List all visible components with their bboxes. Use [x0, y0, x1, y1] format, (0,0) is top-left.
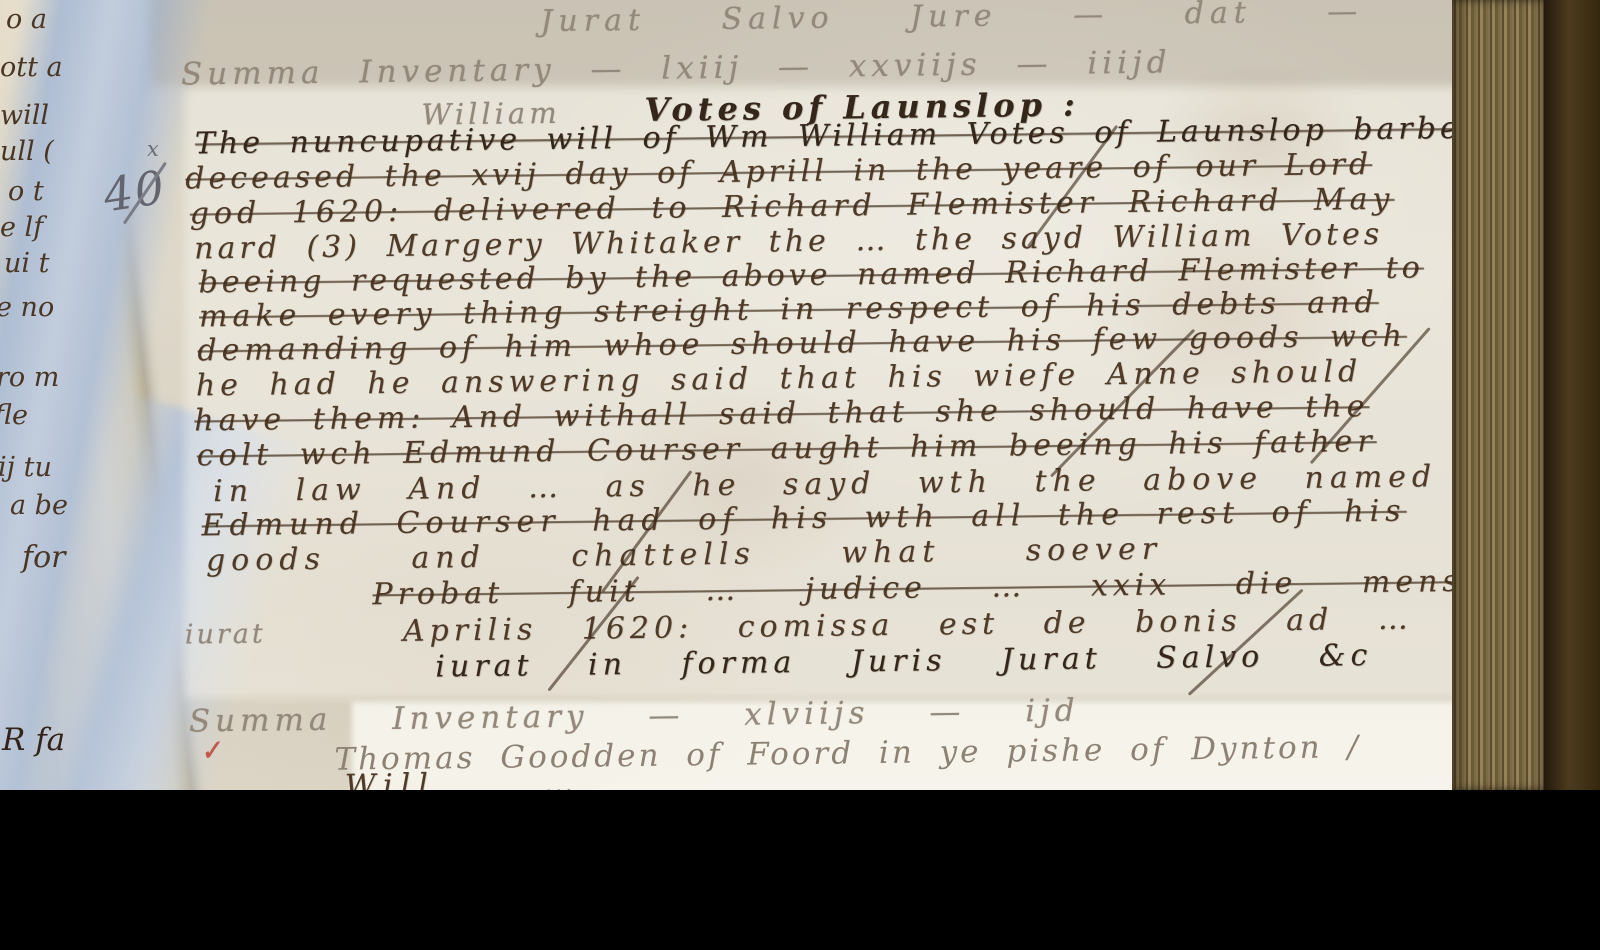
- book-fore-edge: [1452, 0, 1548, 790]
- summa-inventory-bottom: Summa Inventary — xlviijs — ijd: [189, 696, 1080, 738]
- manuscript-photo: o a ott a will ull ( o t e lf ui t e no …: [0, 0, 1600, 950]
- margin-word: iurat: [185, 621, 266, 649]
- letterbox-band: [0, 790, 1600, 950]
- pencil-x-mark: x: [147, 139, 159, 160]
- jurat-line: Jurat Salvo Jure — dat —: [540, 0, 1363, 37]
- probate-clause-line: iurat in forma Juris Jurat Salvo &c: [435, 641, 1372, 682]
- summa-inventory-top: Summa Inventary — lxiij — xxviijs — iiij…: [181, 47, 1172, 90]
- manuscript-text-block: Jurat Salvo Jure — dat — Summa Inventary…: [0, 0, 1600, 790]
- book-cover-edge: [1544, 0, 1600, 790]
- red-check-mark: ✓: [198, 736, 223, 764]
- register-page-photo: o a ott a will ull ( o t e lf ui t e no …: [0, 0, 1600, 790]
- clipped-bottom-line: Will …: [345, 769, 582, 790]
